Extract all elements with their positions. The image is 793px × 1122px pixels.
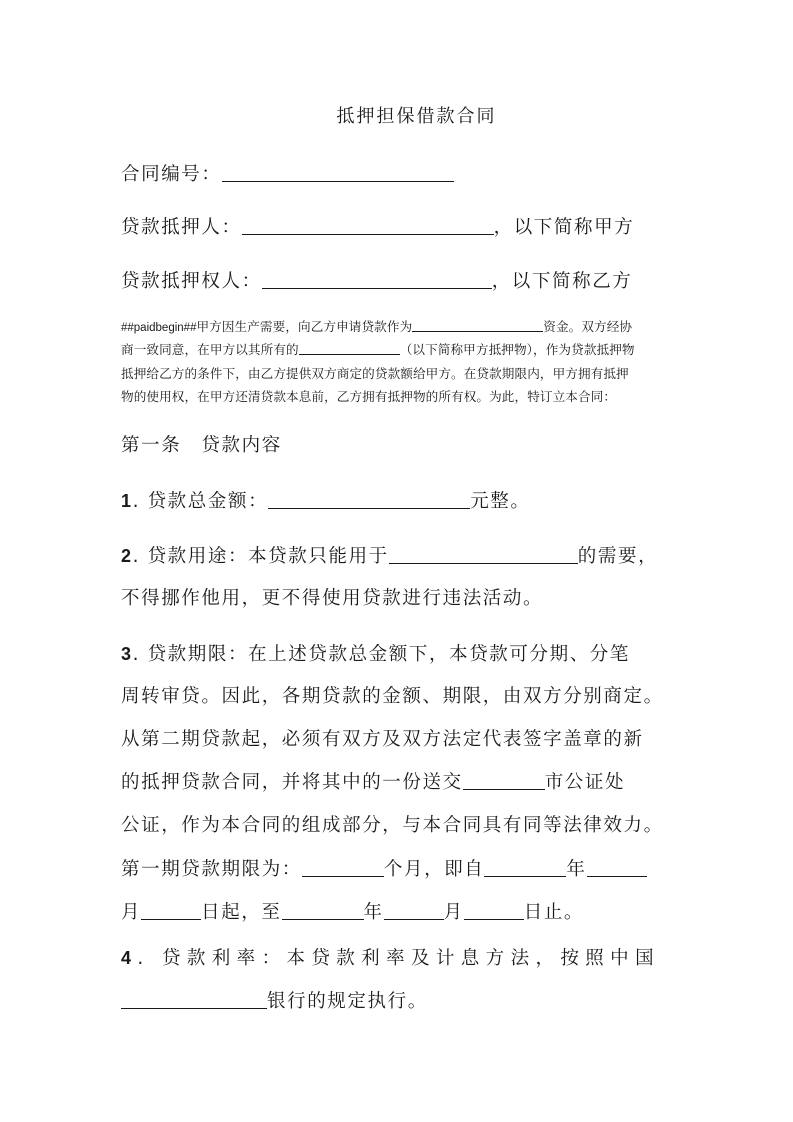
document-title: 抵押担保借款合同 <box>0 104 793 130</box>
item-4-text: 银行的规定执行。 <box>267 991 428 1012</box>
preamble-text: 商一致同意，在甲方以其所有的 <box>121 342 299 357</box>
end-year-blank[interactable] <box>282 901 364 920</box>
paid-marker: ##paidbegin## <box>121 322 196 334</box>
preamble-line-2: 商一致同意，在甲方以其所有的（以下简称甲方抵押物），作为贷款抵押物 <box>121 341 674 359</box>
mortgagee-label: 贷款抵押权人： <box>121 271 262 292</box>
preamble-line-3: 抵押给乙方的条件下，由乙方提供双方商定的贷款额给甲方。在贷款期限内，甲方拥有抵押 <box>121 365 674 383</box>
loan-usage-blank[interactable] <box>389 545 578 564</box>
contract-number-label: 合同编号： <box>121 164 222 185</box>
item-3-line-4: 的抵押贷款合同，并将其中的一份送交市公证处 <box>121 770 674 796</box>
bank-name-blank[interactable] <box>121 990 267 1009</box>
end-month-blank[interactable] <box>384 901 444 920</box>
mortgagee-line: 贷款抵押权人：，以下简称乙方 <box>121 269 674 295</box>
item-2-line-2: 不得挪作他用，更不得使用贷款进行违法活动。 <box>121 586 674 612</box>
end-day-blank[interactable] <box>464 901 524 920</box>
item-3-text: 日止。 <box>524 902 584 923</box>
item-2-text: . 贷款用途：本贷款只能用于 <box>133 546 389 567</box>
item-4-line-2: 银行的规定执行。 <box>121 989 674 1015</box>
item-1-label: . 贷款总金额： <box>133 491 269 512</box>
notary-city-blank[interactable] <box>463 771 545 790</box>
mortgagor-label: 贷款抵押人： <box>121 217 242 238</box>
item-3-text: 日起，至 <box>201 902 281 923</box>
item-number: 3 <box>121 644 133 664</box>
item-3-line-1: 3. 贷款期限：在上述贷款总金额下，本贷款可分期、分笔 <box>121 641 674 668</box>
item-3-line-7: 月日起，至年月日止。 <box>121 900 674 926</box>
mortgagee-blank[interactable] <box>262 270 492 289</box>
mortgagor-suffix: ，以下简称甲方 <box>494 217 635 238</box>
mortgagor-line: 贷款抵押人：，以下简称甲方 <box>121 215 674 241</box>
contract-number-line: 合同编号： <box>121 162 674 188</box>
item-3-text: 月 <box>444 902 464 923</box>
fund-purpose-blank[interactable] <box>412 319 543 332</box>
item-3-text: 第一期贷款期限为： <box>121 859 302 880</box>
item-3-text: 个月，即自 <box>384 859 485 880</box>
item-number: 2 <box>121 546 133 566</box>
item-4-text: . 贷款利率：本贷款利率及计息方法，按照中国 <box>137 948 660 969</box>
item-number: 4 <box>121 948 137 968</box>
term-months-blank[interactable] <box>302 858 384 877</box>
mortgagor-blank[interactable] <box>242 216 494 235</box>
collateral-blank[interactable] <box>299 342 400 355</box>
item-3-line-2: 周转审贷。因此，各期贷款的金额、期限，由双方分别商定。 <box>121 684 674 710</box>
item-number: 1 <box>121 491 133 511</box>
item-1-suffix: 元整。 <box>470 491 530 512</box>
preamble-line-4: 物的使用权，在甲方还清贷款本息前，乙方拥有抵押物的所有权。为此，特订立本合同： <box>121 388 674 406</box>
item-2-line-1: 2. 贷款用途：本贷款只能用于的需要， <box>121 543 674 570</box>
item-2-text: 的需要， <box>578 546 658 567</box>
preamble-text: 资金。双方经协 <box>543 319 632 334</box>
item-4-line-1: 4. 贷款利率：本贷款利率及计息方法，按照中国 <box>121 945 674 972</box>
loan-amount-blank[interactable] <box>268 490 470 509</box>
item-3-text: 的抵押贷款合同，并将其中的一份送交 <box>121 772 463 793</box>
contract-number-blank[interactable] <box>222 163 454 182</box>
item-3-text: 月 <box>121 902 141 923</box>
item-3-line-3: 从第二期贷款起，必须有双方及双方法定代表签字盖章的新 <box>121 727 674 753</box>
item-3-text: 年 <box>566 859 586 880</box>
preamble-line-1: ##paidbegin##甲方因生产需要，向乙方申请贷款作为资金。双方经协 <box>121 318 674 337</box>
start-year-blank[interactable] <box>484 858 566 877</box>
start-month-blank[interactable] <box>587 858 647 877</box>
mortgagee-suffix: ，以下简称乙方 <box>492 271 633 292</box>
item-3-text: . 贷款期限：在上述贷款总金额下，本贷款可分期、分笔 <box>133 644 630 665</box>
start-day-blank[interactable] <box>141 901 201 920</box>
item-3-line-6: 第一期贷款期限为：个月，即自年 <box>121 857 674 883</box>
item-3-line-5: 公证，作为本合同的组成部分，与本合同具有同等法律效力。 <box>121 813 674 839</box>
item-1-line: 1. 贷款总金额：元整。 <box>121 488 674 515</box>
preamble-text: 甲方因生产需要，向乙方申请贷款作为 <box>196 319 412 334</box>
preamble-text: （以下简称甲方抵押物），作为贷款抵押物 <box>400 342 635 357</box>
document-page: 抵押担保借款合同 合同编号： 贷款抵押人：，以下简称甲方 贷款抵押权人：，以下简… <box>0 0 793 1122</box>
item-3-text: 市公证处 <box>545 772 625 793</box>
article-1-heading: 第一条 贷款内容 <box>121 433 674 459</box>
item-3-text: 年 <box>364 902 384 923</box>
